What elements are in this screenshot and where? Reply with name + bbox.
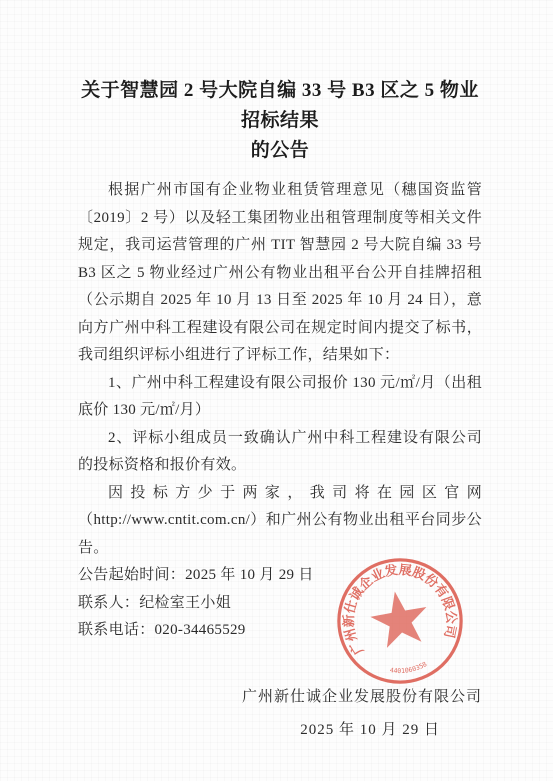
announcement-start-time: 公告起始时间：2025 年 10 月 29 日 bbox=[78, 562, 482, 590]
signature-date: 2025 年 10 月 29 日 bbox=[78, 718, 482, 742]
paragraph-item2: 2、评标小组成员一致确认广州中科工程建设有限公司的投标资格和报价有效。 bbox=[78, 425, 482, 480]
contact-person: 联系人：纪检室王小姐 bbox=[78, 590, 482, 618]
signature-block: 广州新仕诚企业发展股份有限公司 2025 年 10 月 29 日 bbox=[78, 685, 482, 742]
title-line-1: 关于智慧园 2 号大院自编 33 号 B3 区之 5 物业招标结果 bbox=[78, 76, 482, 136]
page-title: 关于智慧园 2 号大院自编 33 号 B3 区之 5 物业招标结果 的公告 bbox=[78, 76, 482, 166]
paragraph-notice: 因投标方少于两家，我司将在园区官网（http://www.cntit.com.c… bbox=[78, 480, 482, 563]
document-content: 关于智慧园 2 号大院自编 33 号 B3 区之 5 物业招标结果 的公告 根据… bbox=[78, 76, 482, 742]
signature-company: 广州新仕诚企业发展股份有限公司 bbox=[78, 685, 482, 709]
contact-phone: 联系电话：020-34465529 bbox=[78, 617, 482, 645]
document-body: 根据广州市国有企业物业租赁管理意见（穗国资监管〔2019〕2 号）以及轻工集团物… bbox=[78, 177, 482, 645]
title-line-2: 的公告 bbox=[78, 136, 482, 166]
document-page: 关于智慧园 2 号大院自编 33 号 B3 区之 5 物业招标结果 的公告 根据… bbox=[0, 0, 553, 781]
paragraph-intro: 根据广州市国有企业物业租赁管理意见（穗国资监管〔2019〕2 号）以及轻工集团物… bbox=[78, 177, 482, 370]
paragraph-item1: 1、广州中科工程建设有限公司报价 130 元/㎡/月（出租底价 130 元/㎡/… bbox=[78, 370, 482, 425]
